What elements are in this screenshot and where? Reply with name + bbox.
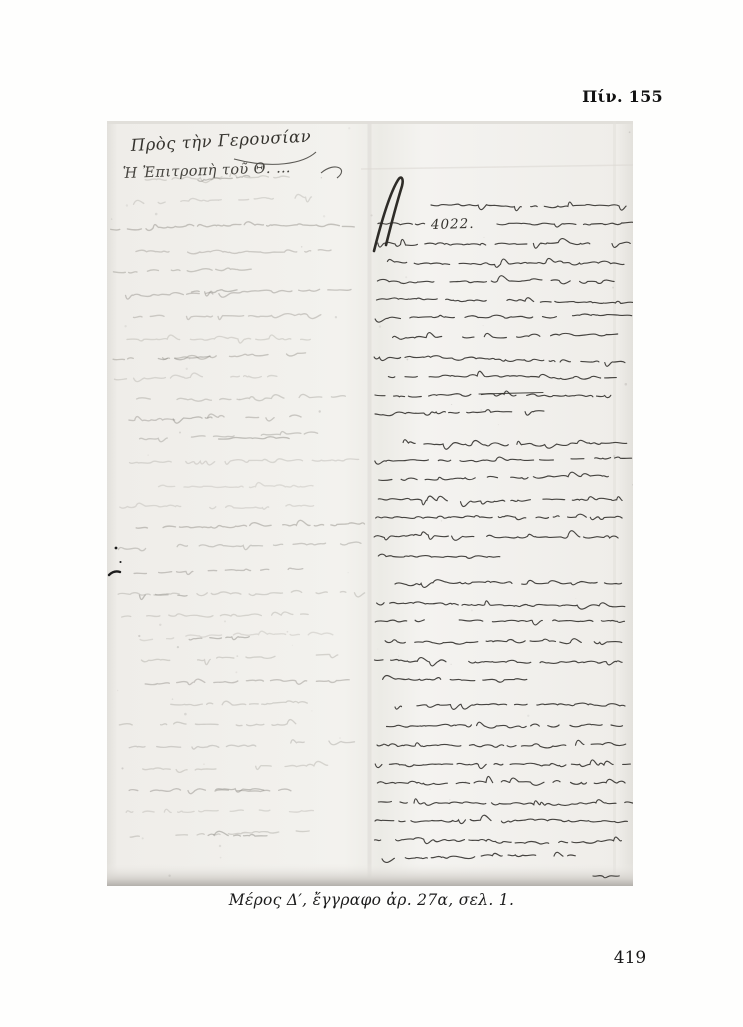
paper-speck xyxy=(111,218,112,219)
paper-speck xyxy=(142,837,144,839)
paper-bottom-shadow xyxy=(107,863,633,886)
paper-speck xyxy=(498,424,499,425)
paper-speck xyxy=(292,645,293,646)
paper-speck xyxy=(429,789,430,790)
paper-speck xyxy=(186,368,188,370)
center-fold-line xyxy=(368,121,372,886)
paper-speck xyxy=(609,706,611,708)
paper-speck xyxy=(527,715,529,717)
page-number: 419 xyxy=(601,948,659,968)
paper-speck xyxy=(575,598,576,599)
paper-speck xyxy=(203,763,205,765)
paper-speck xyxy=(311,710,312,711)
paper-speck xyxy=(121,767,123,769)
paper-speck xyxy=(224,620,226,622)
paper-speck xyxy=(287,631,289,633)
paper-speck xyxy=(235,671,237,673)
paper-speck xyxy=(481,727,482,728)
paper-speck xyxy=(471,609,473,611)
figure-caption: Μέρος Δ′, ἔγγραφο ἀρ. 27α, σελ. 1. xyxy=(0,891,743,909)
paper-speck xyxy=(348,127,350,129)
ink-blot xyxy=(119,561,121,563)
paper-speck xyxy=(613,455,615,457)
paper-speck xyxy=(449,799,451,801)
paper-speck xyxy=(117,690,118,691)
paper-speck xyxy=(480,409,482,411)
paper-speck xyxy=(148,455,149,456)
paper-speck xyxy=(401,220,402,221)
paper-speck xyxy=(441,520,442,521)
paper-speck xyxy=(319,410,321,412)
paper-speck xyxy=(348,572,349,573)
paper-speck xyxy=(619,201,620,202)
plate-number: Πίν. 155 xyxy=(582,87,663,106)
paper-speck xyxy=(177,646,179,648)
paper-speck xyxy=(155,213,158,216)
book-page: Πίν. 155 xyxy=(0,0,743,1027)
paper-speck xyxy=(484,237,485,238)
paper-speck xyxy=(629,131,631,133)
paper-speck xyxy=(398,656,399,657)
paper-speck xyxy=(138,635,140,637)
paper-speck xyxy=(184,713,187,716)
paper-speck xyxy=(379,325,381,327)
paper-speck xyxy=(483,325,484,326)
manuscript-figure: Πρὸς τὴν Γερουσίαν Ἡ Ἐπιτροπὴ τοῦ Θ. … 4… xyxy=(107,121,633,886)
paper-speck xyxy=(377,649,378,650)
paper-speck xyxy=(220,857,222,859)
paper-speck xyxy=(612,287,614,289)
paper-speck xyxy=(126,204,128,206)
paper-speck xyxy=(321,177,322,178)
paper-speck xyxy=(159,624,161,626)
right-fold-line xyxy=(613,121,616,886)
manuscript-photo: Πρὸς τὴν Γερουσίαν Ἡ Ἐπιτροπὴ τοῦ Θ. … 4… xyxy=(107,121,633,886)
paper-speck xyxy=(124,325,126,327)
paper-speck xyxy=(323,215,325,217)
paper-speck xyxy=(335,316,337,318)
paper-speck xyxy=(172,698,174,700)
paper-speck xyxy=(219,845,221,847)
paper-speck xyxy=(625,383,628,386)
paper-speck xyxy=(407,359,409,361)
paper-speck xyxy=(405,276,407,278)
paper-speck xyxy=(179,432,181,434)
paper-speck xyxy=(371,214,373,216)
paper-speck xyxy=(451,664,452,665)
paper-speck xyxy=(236,655,238,657)
paper-speck xyxy=(168,875,170,877)
paper-speck xyxy=(339,738,340,739)
paper-speck xyxy=(451,404,452,405)
paper-speck xyxy=(543,204,544,205)
manuscript-protocol-number: 4022. xyxy=(430,216,475,233)
paper-speck xyxy=(301,246,303,248)
ink-blot xyxy=(115,547,118,550)
